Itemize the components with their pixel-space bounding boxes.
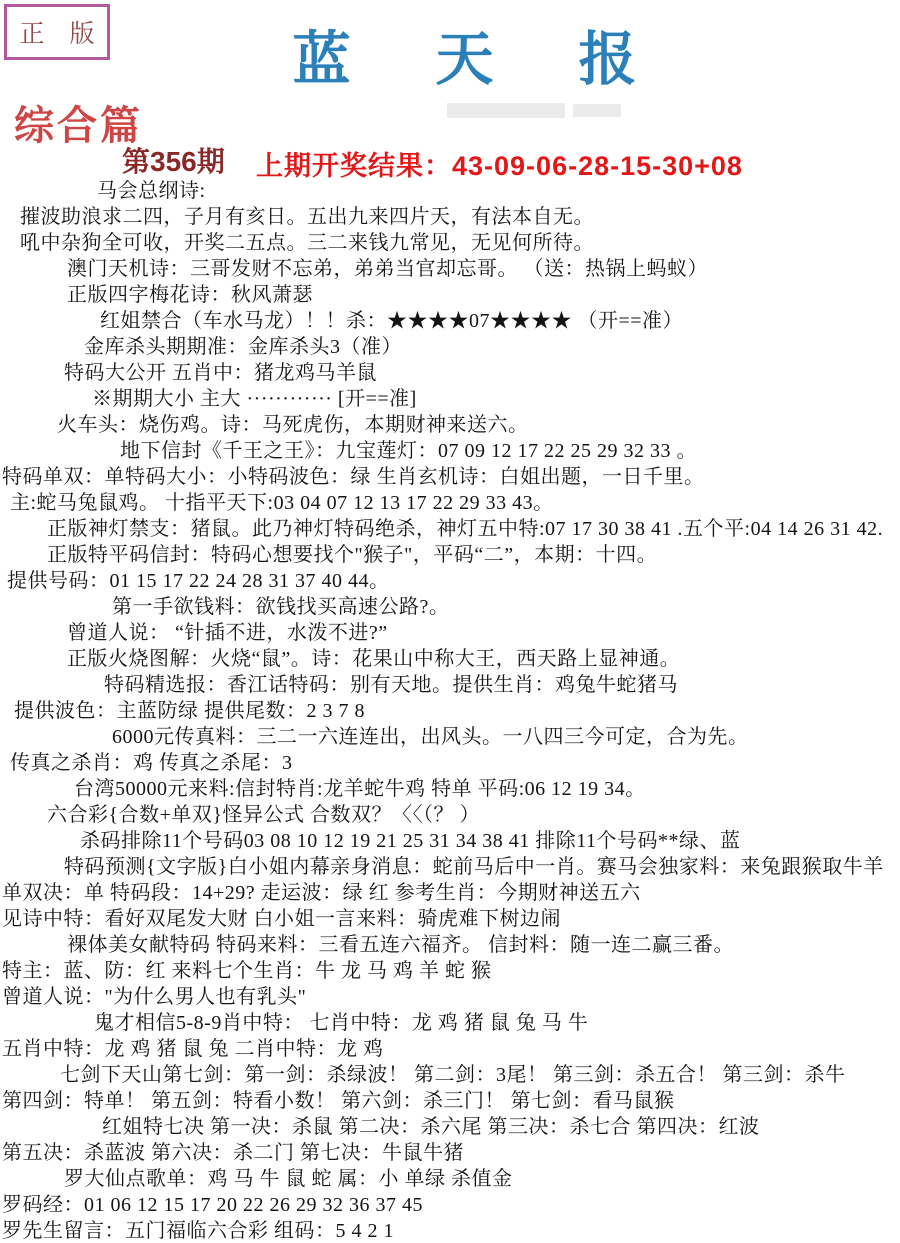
text-line: 金库杀头期期准：金库杀头3（准）: [2, 334, 900, 360]
text-line: 杀码排除11个号码03 08 10 12 19 21 25 31 34 38 4…: [2, 828, 900, 854]
text-line: ※期期大小 主大 ············ [开==准]: [2, 386, 900, 412]
text-line: 单双决：单 特码段：14+29? 走运波：绿 红 参考生肖：今期财神送五六: [2, 880, 900, 906]
text-line: 地下信封《千王之王》：九宝莲灯：07 09 12 17 22 25 29 32 …: [2, 438, 900, 464]
text-line: 见诗中特：看好双尾发大财 白小姐一言来料：骑虎难下树边闹: [2, 906, 900, 932]
text-line: 正版火烧图解：火烧“鼠”。诗：花果山中称大王，西天路上显神通。: [2, 646, 900, 672]
text-line: 特码单双：单特码大小：小特码波色：绿 生肖玄机诗：白姐出题，一日千里。: [2, 464, 900, 490]
text-line: 传真之杀肖：鸡 传真之杀尾：3: [2, 750, 900, 776]
text-line: 6000元传真料：三二一六连连出，出风头。一八四三今可定，合为先。: [2, 724, 900, 750]
text-line: 五肖中特：龙 鸡 猪 鼠 兔 二肖中特：龙 鸡: [2, 1036, 900, 1062]
text-line: 七剑下天山第七剑：第一剑：杀绿波！ 第二剑：3尾！ 第三剑：杀五合！ 第三剑：杀…: [2, 1062, 900, 1088]
text-line: 吼中杂狗全可收，开奖二五点。三二来钱九常见，无见何所待。: [2, 230, 900, 256]
text-line: 裸体美女献特码 特码来料：三看五连六福齐。 信封料：随一连二赢三番。: [2, 932, 900, 958]
text-line: 澳门天机诗：三哥发财不忘弟，弟弟当官却忘哥。 （送：热锅上蚂蚁）: [2, 256, 900, 282]
text-line: 红姐禁合（车水马龙）！！杀：★★★★07★★★★ （开==准）: [2, 308, 900, 334]
text-line: 特码精选报：香江话特码：别有天地。提供生肖：鸡兔牛蛇猪马: [2, 672, 900, 698]
text-line: 特码大公开 五肖中：猪龙鸡马羊鼠: [2, 360, 900, 386]
issue-number: 第356期: [122, 140, 225, 180]
text-line: 第一手欲钱料：欲钱找买高速公路?。: [2, 594, 900, 620]
newspaper-page: 正 版 蓝天报 综合篇 第356期 上期开奖结果：43-09-06-28-15-…: [0, 0, 900, 1243]
text-line: 摧波助浪求二四，子月有亥日。五出九来四片天，有法本自无。: [2, 204, 900, 230]
last-draw-label: 上期开奖结果：: [256, 151, 452, 181]
text-line: 马会总纲诗:: [2, 178, 900, 204]
text-line: 特主：蓝、防：红 来料七个生肖：牛 龙 马 鸡 羊 蛇 猴: [2, 958, 900, 984]
text-line: 台湾50000元来料:信封特肖:龙羊蛇牛鸡 特单 平码:06 12 19 34。: [2, 776, 900, 802]
scan-smudge: [447, 103, 565, 118]
page-title: 蓝天报: [57, 12, 900, 96]
text-line: 正版四字梅花诗：秋风萧瑟: [2, 282, 900, 308]
text-line: 提供波色：主蓝防绿 提供尾数：2 3 7 8: [2, 698, 900, 724]
text-line: 第四剑：特单！ 第五剑：特看小数！ 第六剑：杀三门！ 第七剑：看马鼠猴: [2, 1088, 900, 1114]
text-line: 主:蛇马兔鼠鸡。 十指平天下:03 04 07 12 13 17 22 29 3…: [2, 490, 900, 516]
text-line: 正版特平码信封：特码心想要找个"猴子"，平码“二”，本期：十四。: [2, 542, 900, 568]
text-line: 六合彩{合数+单双}怪异公式 合数双？〈〈（？ ）: [2, 802, 900, 828]
text-line: 特码预测{文字版}白小姐内幕亲身消息：蛇前马后中一肖。赛马会独家料：来兔跟猴取牛…: [2, 854, 900, 880]
text-line: 第五决：杀蓝波 第六决：杀二门 第七决：牛鼠牛猪: [2, 1140, 900, 1166]
text-line: 红姐特七决 第一决：杀鼠 第二决：杀六尾 第三决：杀七合 第四决：红波: [2, 1114, 900, 1140]
text-line: 提供号码：01 15 17 22 24 28 31 37 40 44。: [2, 568, 900, 594]
text-line: 火车头：烧伤鸡。诗：马死虎伤，本期财神来送六。: [2, 412, 900, 438]
text-line: 曾道人说："为什么男人也有乳头": [2, 984, 900, 1010]
text-line: 罗先生留言：五门福临六合彩 组码：5 4 2 1: [2, 1218, 900, 1243]
text-line: 鬼才相信5-8-9肖中特： 七肖中特：龙 鸡 猪 鼠 兔 马 牛: [2, 1010, 900, 1036]
scan-smudge: [573, 104, 621, 117]
text-line: 罗大仙点歌单：鸡 马 牛 鼠 蛇 属：小 单绿 杀值金: [2, 1166, 900, 1192]
body-lines: 马会总纲诗:摧波助浪求二四，子月有亥日。五出九来四片天，有法本自无。吼中杂狗全可…: [2, 178, 900, 1243]
last-draw-numbers: 43-09-06-28-15-30+08: [452, 151, 743, 181]
text-line: 罗码经：01 06 12 15 17 20 22 26 29 32 36 37 …: [2, 1192, 900, 1218]
text-line: 正版神灯禁支：猪鼠。此乃神灯特码绝杀，神灯五中特:07 17 30 38 41 …: [2, 516, 900, 542]
text-line: 曾道人说： “针插不进，水泼不进?”: [2, 620, 900, 646]
